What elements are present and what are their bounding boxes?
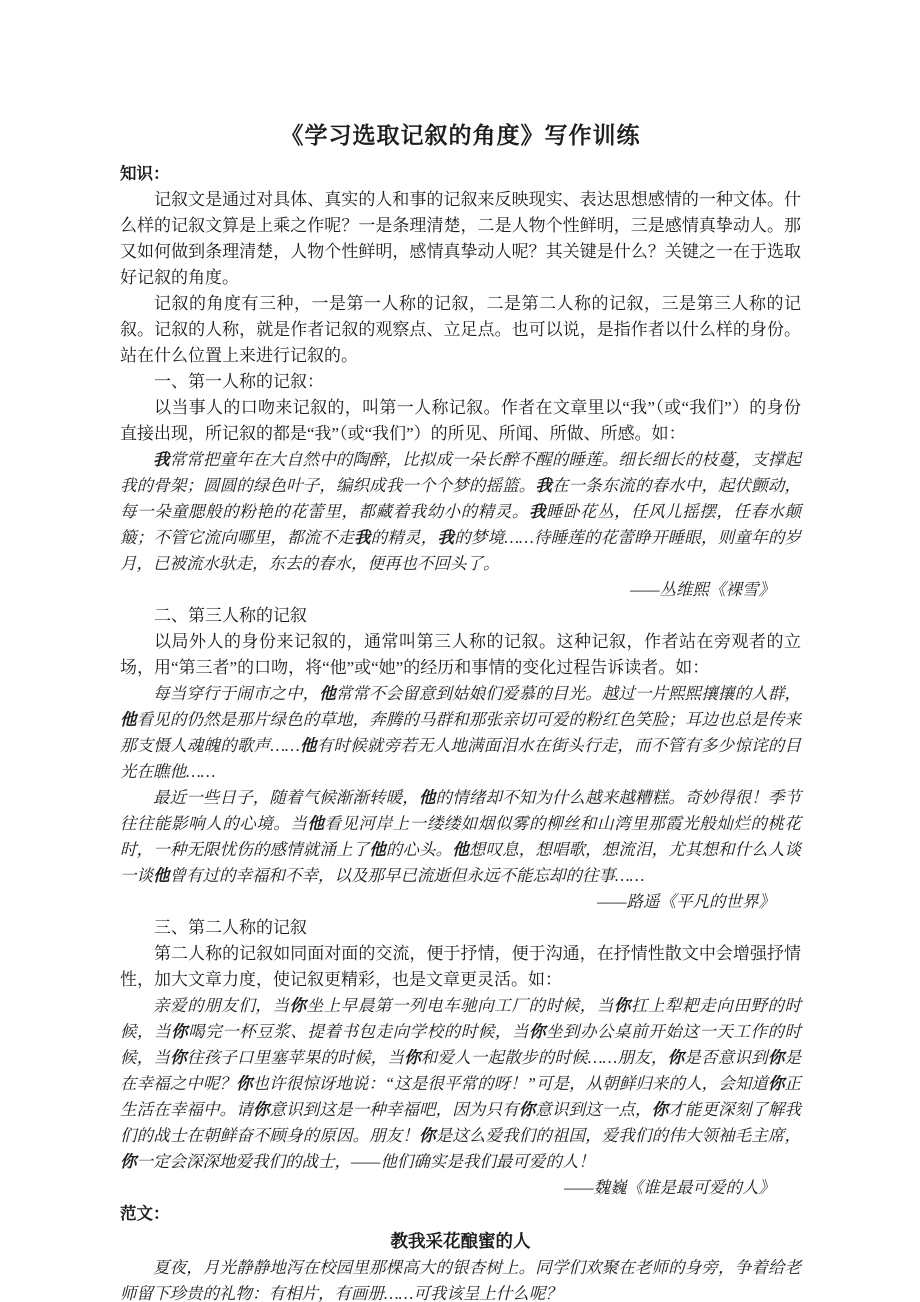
emphasized-pronoun: 你 xyxy=(529,1022,546,1041)
text-run: 是否意识到 xyxy=(684,1048,768,1067)
emphasized-pronoun: 他 xyxy=(319,684,336,703)
emphasized-pronoun: 你 xyxy=(419,1126,436,1145)
text-run: 的精灵， xyxy=(371,528,438,547)
text-run: 夏夜，月光静静地泻在校园里那棵高大的银杏树上。同学们欢聚在老师的身旁，争着给老师… xyxy=(120,1258,801,1302)
paragraph: 我常常把童年在大自然中的陶醉，比拟成一朵长醉不醒的睡莲。细长细长的枝蔓，支撑起我… xyxy=(120,447,801,577)
text-run: 坐上早晨第一列电车驰向工厂的时候，当 xyxy=(307,996,614,1015)
source-attribution: ——路遥《平凡的世界》 xyxy=(120,889,801,915)
emphasized-pronoun: 你 xyxy=(290,996,307,1015)
source-attribution: ——魏巍《谁是最可爱的人》 xyxy=(120,1175,801,1201)
paragraph: 记叙的角度有三种，一是第一人称的记叙，二是第二人称的记叙，三是第三人称的记叙。记… xyxy=(120,291,801,369)
text-run: 第二人称的记叙如同面对面的交流，便于抒情，便于沟通，在抒情性散文中会增强抒情性，… xyxy=(120,944,801,989)
text-run: 以局外人的身份来记叙的，通常叫第三人称的记叙。这种记叙，作者站在旁观者的立场，用… xyxy=(120,632,801,677)
emphasized-pronoun: 你 xyxy=(120,1152,137,1171)
source-attribution: ——丛维熙《裸雪》 xyxy=(120,577,801,603)
text-run: 是这么爱我们的祖国，爱我们的伟大领袖毛主席， xyxy=(436,1126,801,1145)
text-run: 曾有过的幸福和不幸，以及那早已流逝但永远不能忘却的往事…… xyxy=(170,866,645,885)
text-run: 常常不会留意到姑娘们爱慕的目光。越过一片熙熙攘攘的人群， xyxy=(336,684,801,703)
text-run: 喝完一杯豆浆、提着书包走向学校的时候，当 xyxy=(188,1022,529,1041)
paragraph: 以当事人的口吻来记叙的，叫第一人称记叙。作者在文章里以“我”（或“我们”）的身份… xyxy=(120,395,801,447)
text-run: 意识到这一点， xyxy=(535,1100,651,1119)
subsection-heading: 三、第二人称的记叙 xyxy=(120,915,801,941)
text-run: 的心头。 xyxy=(386,840,452,859)
text-run: 以当事人的口吻来记叙的，叫第一人称记叙。作者在文章里以“我”（或“我们”）的身份… xyxy=(120,398,801,443)
emphasized-pronoun: 他 xyxy=(153,866,170,885)
emphasized-pronoun: 他 xyxy=(120,710,137,729)
paragraph: 记叙文是通过对具体、真实的人和事的记叙来反映现实、表达思想感情的一种文体。什么样… xyxy=(120,187,801,291)
section-label: 范文： xyxy=(120,1201,801,1227)
text-run: 和爱人一起散步的时候……朋友， xyxy=(421,1048,668,1067)
text-run: 记叙文是通过对具体、真实的人和事的记叙来反映现实、表达思想感情的一种文体。什么样… xyxy=(120,190,801,287)
text-run: 每当穿行于闹市之中， xyxy=(153,684,319,703)
paragraph: 每当穿行于闹市之中，他常常不会留意到姑娘们爱慕的目光。越过一片熙熙攘攘的人群，他… xyxy=(120,681,801,785)
paragraph: 亲爱的朋友们，当你坐上早晨第一列电车驰向工厂的时候，当你扛上犁耙走向田野的时候，… xyxy=(120,993,801,1175)
emphasized-pronoun: 你 xyxy=(768,1048,785,1067)
emphasized-pronoun: 你 xyxy=(253,1100,270,1119)
paragraph: 以局外人的身份来记叙的，通常叫第三人称的记叙。这种记叙，作者站在旁观者的立场，用… xyxy=(120,629,801,681)
emphasized-pronoun: 你 xyxy=(404,1048,421,1067)
emphasized-pronoun: 我 xyxy=(535,476,552,495)
text-run: 一定会深深地爱我们的战士，——他们确实是我们最可爱的人！ xyxy=(137,1152,595,1171)
emphasized-pronoun: 我 xyxy=(529,502,546,521)
paragraph: 夏夜，月光静静地泻在校园里那棵高大的银杏树上。同学们欢聚在老师的身旁，争着给老师… xyxy=(120,1255,801,1302)
document-title: 《学习选取记叙的角度》写作训练 xyxy=(120,118,801,152)
emphasized-pronoun: 你 xyxy=(768,1074,785,1093)
emphasized-pronoun: 我 xyxy=(438,528,455,547)
text-run: 最近一些日子，随着气候渐渐转暖， xyxy=(153,788,419,807)
emphasized-pronoun: 你 xyxy=(519,1100,536,1119)
text-run: 亲爱的朋友们，当 xyxy=(153,996,290,1015)
paragraph: 第二人称的记叙如同面对面的交流，便于抒情，便于沟通，在抒情性散文中会增强抒情性，… xyxy=(120,941,801,993)
text-run: 也许很惊讶地说：“这是很平常的呀！”可是，从朝鲜归来的人，会知道 xyxy=(253,1074,768,1093)
emphasized-pronoun: 你 xyxy=(652,1100,669,1119)
paragraph: 最近一些日子，随着气候渐渐转暖，他的情绪却不知为什么越来越糟糕。奇妙得很！季节往… xyxy=(120,785,801,889)
emphasized-pronoun: 我 xyxy=(153,450,170,469)
text-run: 记叙的角度有三种，一是第一人称的记叙，二是第二人称的记叙，三是第三人称的记叙。记… xyxy=(120,294,801,365)
text-run: 往孩子口里塞苹果的时候，当 xyxy=(187,1048,404,1067)
emphasized-pronoun: 你 xyxy=(171,1022,188,1041)
emphasized-pronoun: 他 xyxy=(369,840,386,859)
document-content: 《学习选取记叙的角度》写作训练知识：记叙文是通过对具体、真实的人和事的记叙来反映… xyxy=(120,118,801,1302)
section-label: 知识： xyxy=(120,161,801,187)
emphasized-pronoun: 我 xyxy=(354,528,371,547)
subsection-heading: 二、第三人称的记叙 xyxy=(120,603,801,629)
document-page: 《学习选取记叙的角度》写作训练知识：记叙文是通过对具体、真实的人和事的记叙来反映… xyxy=(0,0,920,1302)
emphasized-pronoun: 你 xyxy=(614,996,631,1015)
text-run: 意识到这是一种幸福吧，因为只有 xyxy=(270,1100,519,1119)
essay-title: 教我采花酿蜜的人 xyxy=(120,1227,801,1255)
emphasized-pronoun: 他 xyxy=(452,840,469,859)
emphasized-pronoun: 你 xyxy=(668,1048,685,1067)
emphasized-pronoun: 他 xyxy=(419,788,436,807)
emphasized-pronoun: 他 xyxy=(300,736,317,755)
emphasized-pronoun: 你 xyxy=(236,1074,253,1093)
subsection-heading: 一、第一人称的记叙： xyxy=(120,369,801,395)
emphasized-pronoun: 他 xyxy=(307,814,324,833)
emphasized-pronoun: 你 xyxy=(170,1048,187,1067)
